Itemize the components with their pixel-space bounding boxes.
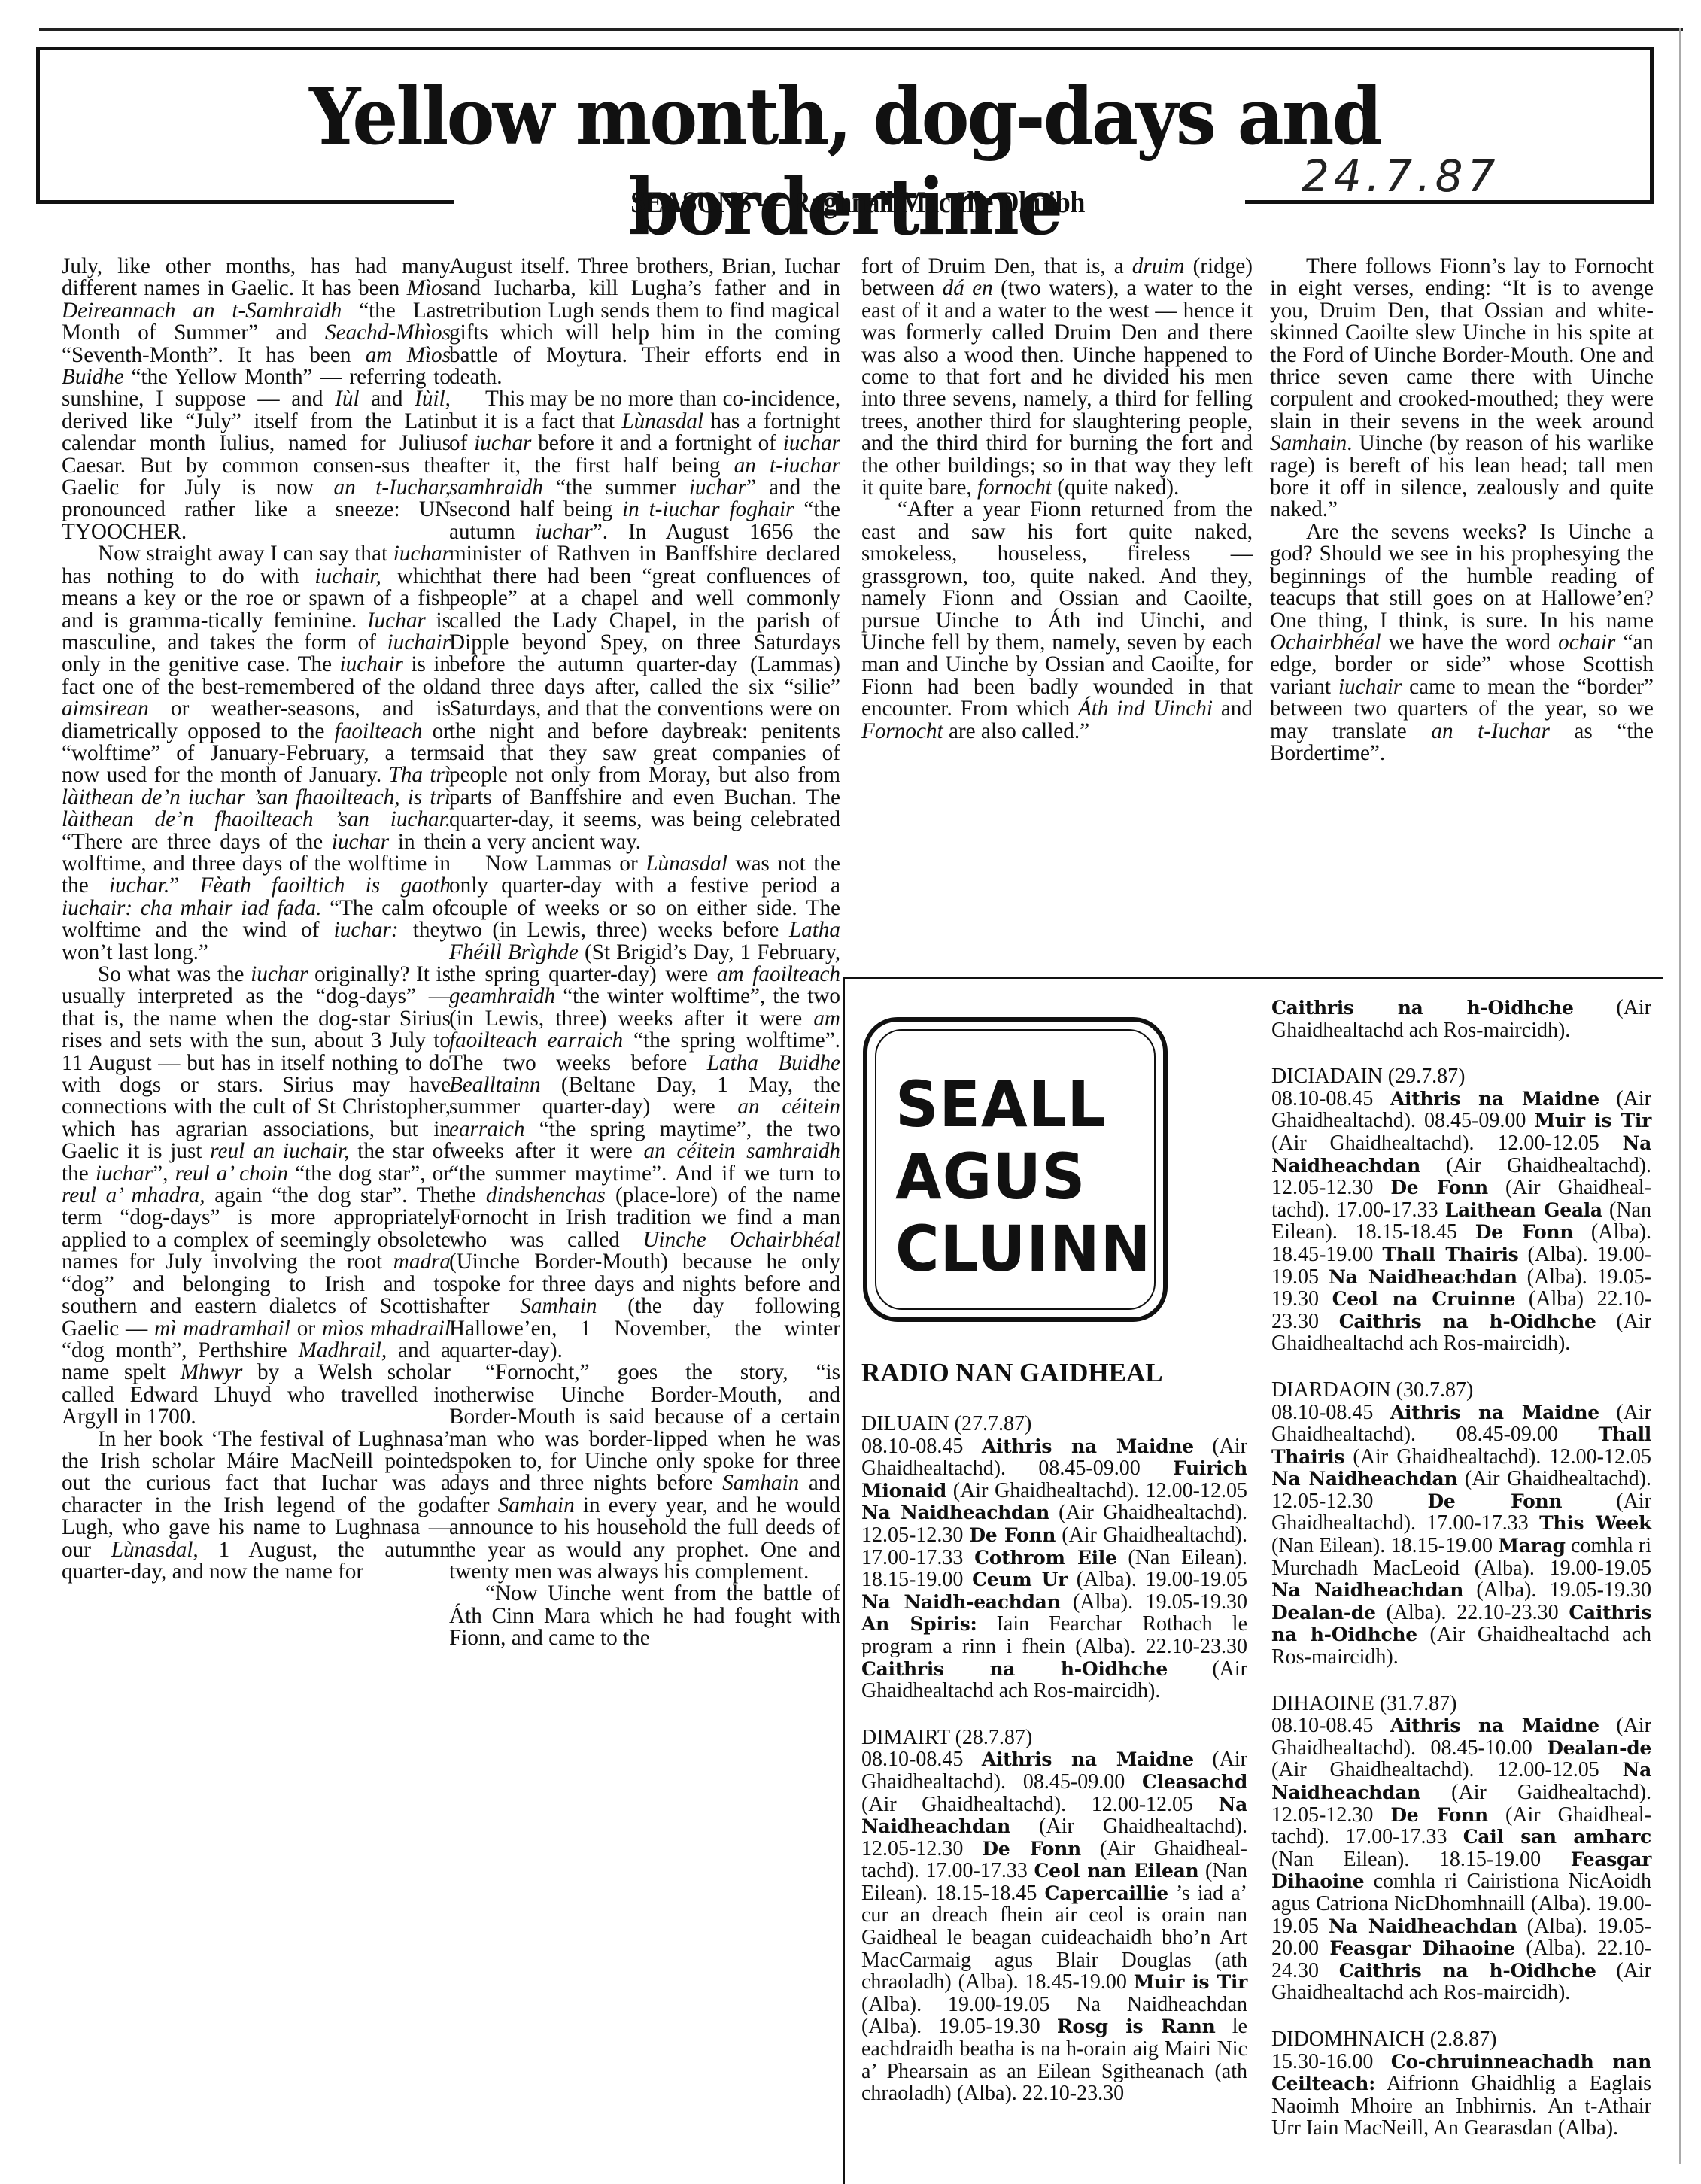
programme-title: De Fonn — [969, 1524, 1056, 1546]
text-run: (Nan Eilean). 18.15-19.00 — [1271, 1534, 1498, 1557]
italic-term: aimsirean — [62, 697, 149, 721]
text-run: 15.30-16.00 — [1271, 2050, 1391, 2073]
schedule-entry: 08.10-08.45 Aithris na Maidne (Air Ghaid… — [1271, 1088, 1651, 1355]
italic-term: Iùil, — [415, 387, 451, 411]
text-run: 08.10-08.45 — [1271, 1714, 1390, 1737]
text-run: 08.10-08.45 — [861, 1435, 982, 1458]
article-column-3: fort of Druim Den, that is, a druim (rid… — [861, 256, 1253, 743]
text-run: “the dog star”, or — [288, 1162, 451, 1186]
programme-title: Aithris na Maidne — [1390, 1402, 1599, 1423]
text-run: “There are three days of the — [62, 830, 332, 854]
italic-term: Iùl — [335, 387, 359, 411]
italic-term: iuchair — [340, 652, 403, 676]
italic-term: faoilteach — [335, 719, 423, 743]
italic-term: Iuchar — [367, 609, 426, 633]
text-run: (two waters), a water to the east of it … — [861, 276, 1253, 500]
text-run: (Air Ghaidhealtachd). 12.00-12.05 — [861, 1793, 1219, 1816]
italic-term: iuchar: — [334, 918, 399, 942]
logo-line: AGUS — [895, 1141, 1138, 1213]
text-run: only in the genitive case. The — [62, 652, 340, 676]
top-rule — [39, 28, 1683, 31]
programme-title: Cail san amharc — [1463, 1826, 1651, 1848]
programme-title: Ceol na Cruinne — [1332, 1288, 1516, 1310]
italic-term: iuchar — [393, 542, 451, 566]
italic-term: iuchar — [251, 962, 308, 986]
text-run: originally? It is usually interpreted as… — [62, 962, 451, 1163]
programme-title: Aithris na Maidne — [982, 1748, 1194, 1770]
schedule-day-heading: DIHAOINE (31.7.87) — [1271, 1693, 1651, 1715]
text-run: Now Lammas or — [485, 852, 645, 876]
article-paragraph: Now Lammas or Lùnasdal was not the only … — [449, 853, 840, 1362]
text-run: (Air Ghaidhealtachd). 12.00-12.05 — [1344, 1445, 1651, 1469]
text-run: “After a year Fionn returned from the ea… — [861, 497, 1253, 721]
text-run: and — [360, 387, 415, 411]
page-edge-rule — [1679, 28, 1681, 2164]
programme-title: Caithris na h-Oidhche — [1339, 1960, 1596, 1982]
italic-term: madra — [393, 1250, 451, 1274]
text-run: 08.10-08.45 — [861, 1748, 982, 1771]
article-paragraph: Are the sevens weeks? Is Uinche a god? S… — [1270, 521, 1654, 764]
text-run: 08.10-08.45 — [1271, 1401, 1390, 1424]
italic-term: dá en — [943, 276, 993, 300]
text-run: Are the sevens weeks? Is Uinche a god? S… — [1270, 520, 1654, 633]
schedule-column-1: DILUAIN (27.7.87)08.10-08.45 Aithris na … — [861, 1413, 1247, 2129]
text-run: and — [1213, 697, 1253, 721]
schedule-day-heading: DIDOMHNAICH (2.8.87) — [1271, 2028, 1651, 2051]
italic-term: Samhain — [498, 1493, 575, 1517]
article-paragraph: “Now Uinche went from the battle of Áth … — [449, 1583, 840, 1649]
programme-title: Na Naidheachdan — [1271, 1579, 1463, 1601]
article-paragraph: August itself. Three brothers, Brian, Iu… — [449, 256, 840, 388]
text-run: “Seventh-Month”. It has been — [62, 343, 366, 367]
programme-title: Ceum Ur — [972, 1569, 1068, 1590]
text-run: has nothing to do with — [62, 564, 314, 588]
italic-term: Madhrail, — [299, 1338, 387, 1362]
handwritten-date: 24.7.87 — [1302, 150, 1499, 202]
italic-term: Fornocht — [861, 719, 943, 743]
text-run: 08.10-08.45 — [1271, 1087, 1390, 1110]
italic-term: Lùnasdal — [645, 852, 727, 876]
programme-title: Na Naidheachdan — [1329, 1915, 1517, 1937]
italic-term: fornocht — [977, 475, 1052, 500]
programme-title: An Spiris: — [861, 1613, 977, 1635]
article-paragraph: In her book ‘The festival of Lughnasa’ t… — [62, 1429, 451, 1584]
italic-term: in t-iuchar foghair — [622, 497, 794, 521]
programme-title: Laithean Geala — [1445, 1199, 1602, 1221]
article-paragraph: July, like other months, has had many di… — [62, 256, 451, 543]
italic-term: dindshenchas — [486, 1183, 606, 1207]
article-paragraph: Now straight away I can say that iuchar … — [62, 543, 451, 964]
italic-term: iuchar — [783, 431, 840, 455]
text-run: August itself. Three brothers, Brian, Iu… — [449, 254, 840, 389]
programme-title: Aithris na Maidne — [1390, 1088, 1599, 1110]
programme-title: Na Naidheachdan — [861, 1502, 1049, 1523]
italic-term: Uinche Ochairbhéal — [642, 1228, 840, 1252]
text-run: There follows Fionn’s lay to Fornocht in… — [1270, 254, 1654, 433]
schedule-day-heading: DILUAIN (27.7.87) — [861, 1413, 1247, 1435]
text-run: or — [290, 1317, 322, 1341]
text-run: (Nan Eilean). 18.15-19.00 — [1271, 1848, 1571, 1871]
logo-line: SEALL — [895, 1068, 1138, 1141]
italic-term: Seachd-Mhìos — [325, 320, 451, 345]
italic-term: mì madramhail — [154, 1317, 290, 1341]
programme-title: Dealan-de — [1271, 1602, 1376, 1624]
text-run: (Air Ghaidhealtachd). 12.00-12.05 — [1271, 1131, 1623, 1155]
text-run: (Alba). 19.05-19.30 — [1060, 1590, 1247, 1614]
programme-title: De Fonn — [1390, 1804, 1488, 1826]
schedule-entry: 08.10-08.45 Aithris na Maidne (Air Ghaid… — [861, 1748, 1247, 2105]
programme-title: This Week — [1539, 1512, 1651, 1534]
text-run: (Alba). 22.10-23.30 — [1376, 1601, 1569, 1624]
programme-title: Muir is Tir — [1534, 1110, 1651, 1131]
text-run: ”. In August 1656 the minister of Rathve… — [449, 520, 840, 854]
italic-term: ochair — [1558, 630, 1615, 655]
byline: SEASONS — Raghnall Mac Ille Dhuibh — [519, 184, 1196, 220]
text-run: “the summer — [543, 475, 689, 500]
text-run: Now straight away I can say that — [98, 542, 393, 566]
article-column-2: August itself. Three brothers, Brian, Iu… — [449, 256, 840, 1650]
article-column-1: July, like other months, has had many di… — [62, 256, 451, 1583]
programme-title: Na Naidheachdan — [1271, 1468, 1457, 1490]
text-run: “dog month”, Perthshire — [62, 1338, 299, 1362]
programme-title: Cleasachd — [1142, 1771, 1247, 1793]
italic-term: Samhain — [1270, 431, 1347, 455]
text-run: (quite naked). — [1052, 475, 1179, 500]
text-run: ”, — [153, 1162, 175, 1186]
text-run: are also called.” — [943, 719, 1089, 743]
italic-term: iuchair — [1338, 675, 1402, 699]
programme-title: Dealan-de — [1547, 1737, 1651, 1759]
programme-title: Aithris na Maidne — [1390, 1715, 1599, 1736]
schedule-entry: Caithris na h-Oidhche (Air Ghaidhealtach… — [1271, 997, 1651, 1041]
italic-term: iuchar — [332, 830, 389, 854]
programme-title: Capercaillie — [1045, 1882, 1168, 1904]
programme-title: Aithris na Maidne — [982, 1435, 1194, 1457]
italic-term: reul a’ choin — [175, 1162, 288, 1186]
text-run: pronounced rather like a sneeze: UN TYOO… — [62, 497, 451, 543]
programme-title: De Fonn — [1475, 1221, 1573, 1243]
programme-title: De Fonn — [982, 1838, 1081, 1860]
logo-text: SEALL AGUS CLUINN — [895, 1068, 1138, 1285]
italic-term: iuchar. — [109, 873, 169, 898]
text-run: “Now Uinche went from the battle of Áth … — [449, 1581, 840, 1650]
text-run: July, like other months, has had many di… — [62, 254, 451, 300]
article-column-4: There follows Fionn’s lay to Fornocht in… — [1270, 256, 1654, 764]
italic-term: druim — [1132, 254, 1185, 278]
article-paragraph: fort of Druim Den, that is, a druim (rid… — [861, 256, 1253, 499]
italic-term: Samhain — [520, 1294, 597, 1318]
text-run: (Alba). 19.05-19.30 — [1463, 1578, 1651, 1602]
article-paragraph: This may be no more than co-incidence, b… — [449, 388, 840, 853]
italic-term: Ochairbhéal — [1270, 630, 1381, 655]
italic-term: Mhwyr — [181, 1360, 243, 1384]
programme-title: De Fonn — [1390, 1177, 1488, 1198]
programme-title: Feasgar Dihaoine — [1329, 1937, 1515, 1959]
article-paragraph: “Fornocht,” goes the story, “is otherwis… — [449, 1362, 840, 1583]
italic-term: reul an iuchair, — [210, 1139, 349, 1163]
italic-term: Áth ind Uinchi — [1078, 697, 1213, 721]
programme-title: Cothrom Eile — [974, 1547, 1116, 1569]
italic-term: iuchair — [387, 630, 451, 655]
article-paragraph: There follows Fionn’s lay to Fornocht in… — [1270, 256, 1654, 521]
programme-title: Na Naidheachdan — [1329, 1266, 1517, 1288]
schedule-day-heading: DIARDAOIN (30.7.87) — [1271, 1379, 1651, 1402]
italic-term: Lùnasdal — [621, 409, 703, 433]
programme-title: Caithris na h-Oidhche — [1271, 997, 1574, 1019]
programme-title: Muir is Tir — [1134, 1971, 1247, 1993]
byline-rule-left — [36, 200, 454, 204]
schedule-entry: 08.10-08.45 Aithris na Maidne (Air Ghaid… — [861, 1435, 1247, 1703]
italic-term: iuchar — [536, 520, 593, 544]
programme-title: Marag — [1498, 1535, 1565, 1557]
article-paragraph: So what was the iuchar originally? It is… — [62, 964, 451, 1429]
italic-term: an t-Iuchar — [1431, 719, 1549, 743]
italic-term: iuchair, — [314, 564, 381, 588]
text-run: (Alba). 19.00-19.05 — [1068, 1568, 1247, 1591]
italic-term: mìos mhadrail — [322, 1317, 451, 1341]
schedule-column-2: Caithris na h-Oidhche (Air Ghaidhealtach… — [1271, 997, 1651, 2164]
italic-term: an t-Iuchar, — [334, 475, 451, 500]
text-run: (Air Ghaidhealtachd). 12.00-12.05 — [946, 1479, 1247, 1502]
programme-title: Rosg is Rann — [1057, 2015, 1216, 2037]
programme-title: Caithris na h-Oidhche — [1339, 1311, 1596, 1332]
text-run: ” — [169, 873, 199, 898]
programme-title: De Fonn — [1427, 1490, 1562, 1512]
text-run: fort of Druim Den, that is, a — [861, 254, 1132, 278]
programme-title: Thall Thairis — [1382, 1244, 1518, 1265]
italic-term: iuchar — [474, 431, 531, 455]
italic-term: iuchar — [689, 475, 746, 500]
logo-line: CLUINN — [895, 1213, 1138, 1285]
schedule-day-heading: DICIADAIN (29.7.87) — [1271, 1065, 1651, 1088]
italic-term: reul a’ mhadra, — [62, 1183, 205, 1207]
radio-section-title: RADIO NAN GAIDHEAL — [861, 1358, 1163, 1388]
text-run: (Air Ghaidhealtachd). 12.00-12.05 — [1271, 1758, 1623, 1782]
article-paragraph: “After a year Fionn returned from the ea… — [861, 499, 1253, 742]
programme-title: Caithris na h-Oidhche — [861, 1658, 1168, 1680]
italic-term: an céitein samhraidh — [644, 1139, 840, 1163]
text-run: So what was the — [98, 962, 251, 986]
schedule-entry: 08.10-08.45 Aithris na Maidne (Air Ghaid… — [1271, 1715, 1651, 2004]
schedule-day-heading: DIMAIRT (28.7.87) — [861, 1727, 1247, 1749]
italic-term: Lùnasdal, — [111, 1538, 199, 1562]
italic-term: Samhain — [722, 1471, 799, 1495]
text-run: we have the word — [1381, 630, 1559, 655]
programme-title: Ceol nan Eilean — [1034, 1860, 1198, 1882]
programme-title: Na Naidh-eachdan — [861, 1591, 1060, 1613]
schedule-entry: 08.10-08.45 Aithris na Maidne (Air Ghaid… — [1271, 1402, 1651, 1669]
text-run: before it and a fortnight of — [531, 431, 782, 455]
italic-term: iuchar — [96, 1162, 153, 1186]
schedule-entry: 15.30-16.00 Co-chruinneachadh nan Ceilte… — [1271, 2051, 1651, 2140]
text-run: after it, the first half being — [449, 454, 734, 478]
